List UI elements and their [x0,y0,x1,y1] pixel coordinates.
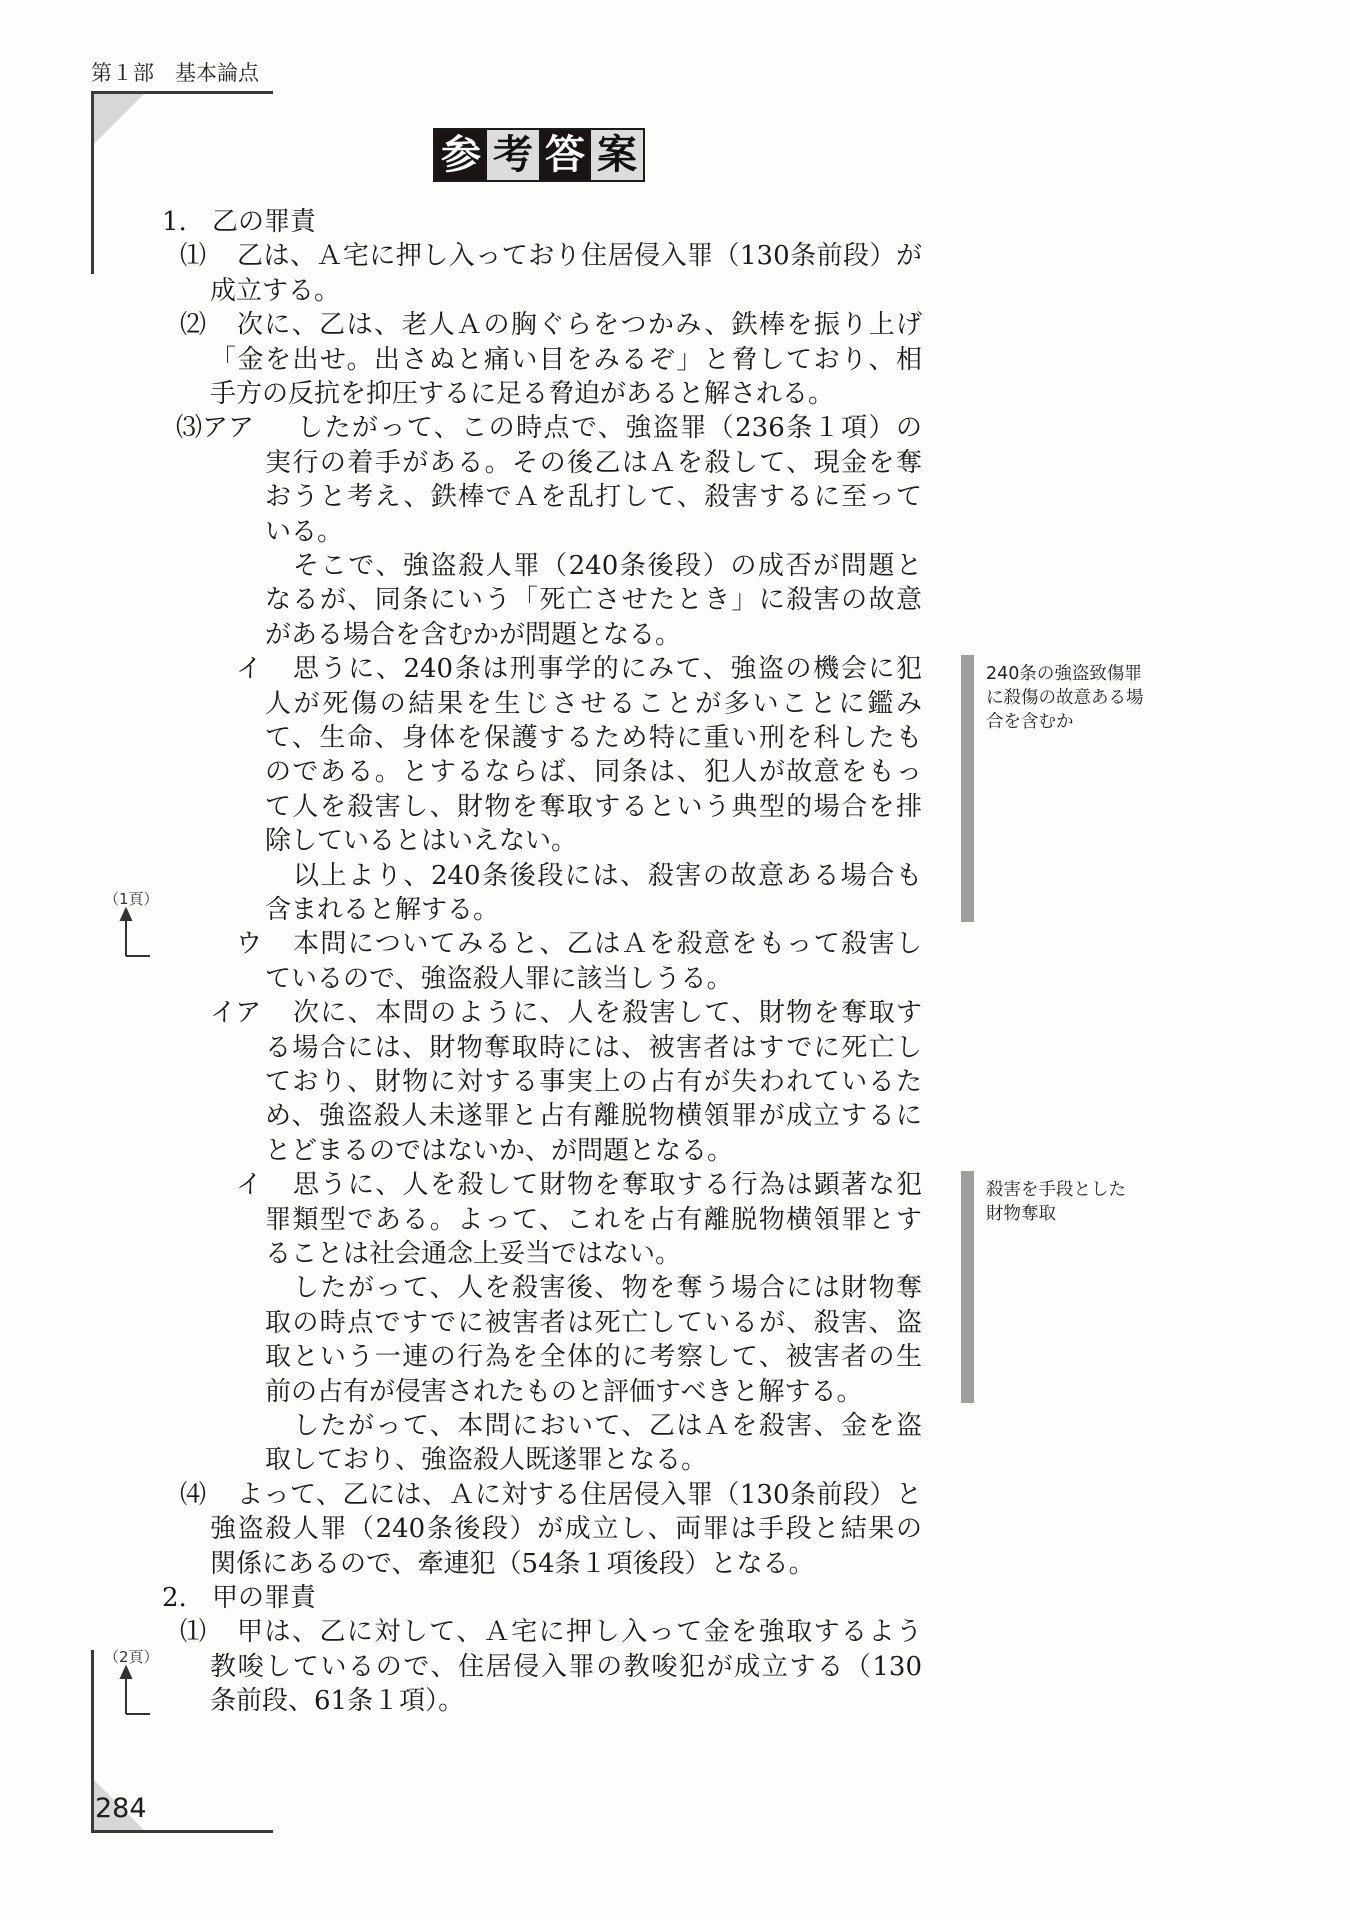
line-text: て、生命、身体を保護するため特に重い刑を科したも [265,721,922,755]
line-text: 成立する。 [210,274,922,308]
item-marker: 1. [162,205,187,239]
side-note-line: に殺傷の故意ある場 [986,686,1144,710]
text-line: イ思うに、240条は刑事学的にみて、強盗の機会に犯 [0,652,1350,686]
line-text: とどまるのではないか、が問題となる。 [265,1134,922,1168]
line-text: 取の時点ですでに被害者は死亡しているが、殺害、盗 [265,1306,922,1340]
text-line: とどまるのではないか、が問題となる。 [0,1134,1350,1168]
text-line: 強盗殺人罪（240条後段）が成立し、両罪は手段と結果の [0,1512,1350,1546]
line-text: 関係にあるので、牽連犯（54条１項後段）となる。 [210,1547,922,1581]
section-title-badge: 参 考 答 案 [433,128,645,182]
line-text: したがって、人を殺害後、物を奪う場合には財物奪 [293,1271,922,1305]
text-line: 以上より、240条後段には、殺害の故意ある場合も [0,859,1350,893]
side-note-line: 殺害を手段とした [986,1178,1126,1202]
frame-bottom-rule [91,1830,273,1833]
item-marker: イ [236,1168,262,1202]
line-text: そこで、強盗殺人罪（240条後段）の成否が問題と [293,549,922,583]
line-text: 実行の着手がある。その後乙はＡを殺して、現金を奪 [265,446,922,480]
title-char: 参 [435,130,487,180]
text-line: ており、財物に対する事実上の占有が失われているた [0,1065,1350,1099]
text-line: 2.甲の罪責 [0,1581,1350,1615]
text-line: 人が死傷の結果を生じさせることが多いことに鑑み [0,687,1350,721]
line-text: 本問についてみると、乙はＡを殺意をもって殺害し [293,927,922,961]
line-text: 乙は、Ａ宅に押し入っており住居侵入罪（130条前段）が [237,239,922,273]
line-text: 思うに、人を殺して財物を奪取する行為は顕著な犯 [293,1168,922,1202]
side-note-line: 240条の強盗致傷罪 [986,662,1144,686]
line-text: いる。 [265,515,922,549]
line-text: ており、財物に対する事実上の占有が失われているた [265,1065,922,1099]
text-line: ⑴乙は、Ａ宅に押し入っており住居侵入罪（130条前段）が [0,239,1350,273]
text-line: て、生命、身体を保護するため特に重い刑を科したも [0,721,1350,755]
text-line: ⑷よって、乙には、Ａに対する住居侵入罪（130条前段）と [0,1478,1350,1512]
line-text: 甲の罪責 [212,1581,922,1615]
line-text: おうと考え、鉄棒でＡを乱打して、殺害するに至って [265,480,922,514]
line-text: よって、乙には、Ａに対する住居侵入罪（130条前段）と [237,1478,922,1512]
line-text: 「金を出せ。出さぬと痛い目をみるぞ」と脅しており、相 [210,343,922,377]
text-line: ることは社会通念上妥当ではない。 [0,1237,1350,1271]
line-text: のである。とするならば、同条は、犯人が故意をもっ [265,755,922,789]
item-marker: ウ [236,927,262,961]
text-line: 1.乙の罪責 [0,205,1350,239]
line-text: 次に、本問のように、人を殺害して、財物を奪取す [293,996,922,1030]
line-text: 教唆しているので、住居侵入罪の教唆犯が成立する（130 [210,1650,922,1684]
text-line: のである。とするならば、同条は、犯人が故意をもっ [0,755,1350,789]
text-line: て人を殺害し、財物を奪取するという典型的場合を排 [0,790,1350,824]
line-text: 罪類型である。よって、これを占有離脱物横領罪とす [265,1203,922,1237]
item-marker: ⑵ [180,308,206,342]
text-line: イ思うに、人を殺して財物を奪取する行為は顕著な犯 [0,1168,1350,1202]
text-line: なるが、同条にいう「死亡させたとき」に殺害の故意 [0,583,1350,617]
line-text: め、強盗殺人未遂罪と占有離脱物横領罪が成立するに [265,1099,922,1133]
text-line: そこで、強盗殺人罪（240条後段）の成否が問題と [0,549,1350,583]
text-line: 成立する。 [0,274,1350,308]
text-line: 関係にあるので、牽連犯（54条１項後段）となる。 [0,1547,1350,1581]
side-note-line: 財物奪取 [986,1202,1126,1226]
item-marker: ⑷ [180,1478,206,1512]
page-number: 284 [95,1793,147,1824]
running-header: 第１部 基本論点 [91,57,259,87]
text-line: ウ本問についてみると、乙はＡを殺意をもって殺害し [0,927,1350,961]
text-line: 取しており、強盗殺人既遂罪となる。 [0,1443,1350,1477]
item-marker: 2. [162,1581,187,1615]
item-marker: ⑴ [180,239,206,273]
line-text: したがって、本問において、乙はＡを殺害、金を盗 [293,1409,922,1443]
side-note: 殺害を手段とした 財物奪取 [986,1178,1126,1226]
line-text: 人が死傷の結果を生じさせることが多いことに鑑み [265,687,922,721]
line-text: て人を殺害し、財物を奪取するという典型的場合を排 [265,790,922,824]
side-note-line: 合を含むか [986,710,1144,734]
side-note-bar [961,1171,974,1403]
text-line: 含まれると解する。 [0,893,1350,927]
item-marker: ⑶アア [176,411,254,445]
text-line: 取の時点ですでに被害者は死亡しているが、殺害、盗 [0,1306,1350,1340]
line-text: 次に、乙は、老人Ａの胸ぐらをつかみ、鉄棒を振り上げ [237,308,922,342]
page-ref-arrow-icon [118,906,154,958]
text-line: 前の占有が侵害されたものと評価すべきと解する。 [0,1375,1350,1409]
line-text: 含まれると解する。 [265,893,922,927]
text-line: ⑶アアしたがって、この時点で、強盗罪（236条１項）の [0,411,1350,445]
text-line: したがって、人を殺害後、物を奪う場合には財物奪 [0,1271,1350,1305]
text-line: ⑵次に、乙は、老人Ａの胸ぐらをつかみ、鉄棒を振り上げ [0,308,1350,342]
line-text: 甲は、乙に対して、Ａ宅に押し入って金を強取するよう [237,1615,922,1649]
corner-triangle-top [94,94,144,144]
line-text: 以上より、240条後段には、殺害の故意ある場合も [293,859,922,893]
text-line: 実行の着手がある。その後乙はＡを殺して、現金を奪 [0,446,1350,480]
line-text: 思うに、240条は刑事学的にみて、強盗の機会に犯 [293,652,922,686]
side-note: 240条の強盗致傷罪 に殺傷の故意ある場 合を含むか [986,662,1144,734]
line-text: したがって、この時点で、強盗罪（236条１項）の [297,411,922,445]
line-text: 取しており、強盗殺人既遂罪となる。 [265,1443,922,1477]
line-text: ることは社会通念上妥当ではない。 [265,1237,922,1271]
item-marker: イア [210,996,261,1030]
line-text: 強盗殺人罪（240条後段）が成立し、両罪は手段と結果の [210,1512,922,1546]
text-line: 除しているとはいえない。 [0,824,1350,858]
line-text: がある場合を含むかが問題となる。 [265,618,922,652]
text-line: 罪類型である。よって、これを占有離脱物横領罪とす [0,1203,1350,1237]
title-char: 考 [487,130,539,180]
title-char: 案 [591,130,643,180]
text-line: る場合には、財物奪取時には、被害者はすでに死亡し [0,1031,1350,1065]
item-marker: イ [236,652,262,686]
line-text: ているので、強盗殺人罪に該当しうる。 [265,962,922,996]
line-text: 取という一連の行為を全体的に考察して、被害者の生 [265,1340,922,1374]
text-line: め、強盗殺人未遂罪と占有離脱物横領罪が成立するに [0,1099,1350,1133]
line-text: 乙の罪責 [212,205,922,239]
text-line: したがって、本問において、乙はＡを殺害、金を盗 [0,1409,1350,1443]
line-text: る場合には、財物奪取時には、被害者はすでに死亡し [265,1031,922,1065]
text-line: おうと考え、鉄棒でＡを乱打して、殺害するに至って [0,480,1350,514]
text-line: イア次に、本問のように、人を殺害して、財物を奪取す [0,996,1350,1030]
line-text: 手方の反抗を抑圧するに足る脅迫があると解される。 [210,377,922,411]
text-line: 教唆しているので、住居侵入罪の教唆犯が成立する（130 [0,1650,1350,1684]
text-line: 手方の反抗を抑圧するに足る脅迫があると解される。 [0,377,1350,411]
text-line: 条前段、61条１項）。 [0,1684,1350,1718]
text-line: 「金を出せ。出さぬと痛い目をみるぞ」と脅しており、相 [0,343,1350,377]
line-text: なるが、同条にいう「死亡させたとき」に殺害の故意 [265,583,922,617]
text-line: がある場合を含むかが問題となる。 [0,618,1350,652]
text-line: ⑴甲は、乙に対して、Ａ宅に押し入って金を強取するよう [0,1615,1350,1649]
text-line: ているので、強盗殺人罪に該当しうる。 [0,962,1350,996]
page-ref-arrow-icon [118,1664,154,1716]
text-line: いる。 [0,515,1350,549]
line-text: 除しているとはいえない。 [265,824,922,858]
text-line: 取という一連の行為を全体的に考察して、被害者の生 [0,1340,1350,1374]
title-char: 答 [539,130,591,180]
side-note-bar [961,655,974,922]
line-text: 前の占有が侵害されたものと評価すべきと解する。 [265,1375,922,1409]
item-marker: ⑴ [180,1615,206,1649]
line-text: 条前段、61条１項）。 [210,1684,922,1718]
